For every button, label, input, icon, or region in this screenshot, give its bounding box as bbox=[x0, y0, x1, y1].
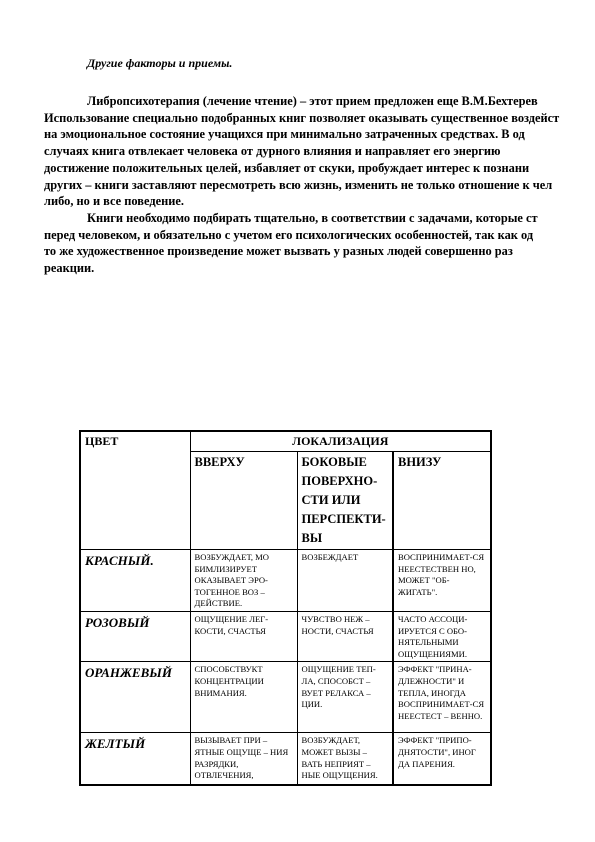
color-localization-table: ЦВЕТ ЛОКАЛИЗАЦИЯ ВВЕРХУ БОКОВЫЕ ПОВЕРХНО… bbox=[79, 430, 492, 786]
color-name: КРАСНЫЙ. bbox=[80, 550, 190, 612]
header-color: ЦВЕТ bbox=[80, 431, 190, 550]
text-line: либо, но и все поведение. bbox=[44, 193, 595, 210]
cell-top: ОЩУЩЕНИЕ ЛЕГ-КОСТИ, СЧАСТЬЯ bbox=[190, 611, 297, 661]
table-row: ЖЕЛТЫЙ ВЫЗЫВАЕТ ПРИ – ЯТНЫЕ ОЩУЩЕ – НИЯ … bbox=[80, 733, 491, 785]
cell-sides: ВОЗБЕЖДАЕТ bbox=[297, 550, 393, 612]
header-localization: ЛОКАЛИЗАЦИЯ bbox=[190, 431, 491, 452]
table-row: КРАСНЫЙ. ВОЗБУЖДАЕТ, МО БИМЛИЗИРУЕТ ОКАЗ… bbox=[80, 550, 491, 612]
paragraph-book-selection: Книги необходимо подбирать тщательно, в … bbox=[44, 210, 595, 277]
table-row: РОЗОВЫЙ ОЩУЩЕНИЕ ЛЕГ-КОСТИ, СЧАСТЬЯ ЧУВС… bbox=[80, 611, 491, 661]
subheader-top: ВВЕРХУ bbox=[190, 452, 297, 550]
color-name: ЖЕЛТЫЙ bbox=[80, 733, 190, 785]
subheader-bottom: ВНИЗУ bbox=[393, 452, 491, 550]
text-line: перед человеком, и обязательно с учетом … bbox=[44, 227, 595, 244]
text-line: случаях книга отвлекает человека от дурн… bbox=[44, 143, 595, 160]
color-name: РОЗОВЫЙ bbox=[80, 611, 190, 661]
paragraph-bibliotherapy: Либропсихотерапия (лечение чтение) – это… bbox=[44, 93, 595, 210]
cell-sides: ЧУВСТВО НЕЖ – НОСТИ, СЧАСТЬЯ bbox=[297, 611, 393, 661]
text-line: достижение положительных целей, избавляе… bbox=[44, 160, 595, 177]
cell-bottom: ЧАСТО АССОЦИ-ИРУЕТСЯ С ОБО-НЯТЕЛЬНЫМИ ОЩ… bbox=[393, 611, 491, 661]
text-line: Книги необходимо подбирать тщательно, в … bbox=[44, 210, 595, 227]
cell-bottom: ЭФФЕКТ "ПРИНА-ДЛЕЖНОСТИ" И ТЕПЛА, ИНОГДА… bbox=[393, 662, 491, 733]
cell-bottom: ЭФФЕКТ "ПРИПО-ДНЯТОСТИ", ИНОГ ДА ПАРЕНИЯ… bbox=[393, 733, 491, 785]
cell-bottom: ВОСПРИНИМАЕТ-СЯ НЕЕСТЕСТВЕН НО, МОЖЕТ "О… bbox=[393, 550, 491, 612]
text-line: реакции. bbox=[44, 260, 595, 277]
table-row: ОРАНЖЕВЫЙ СПОСОБСТВУКТ КОНЦЕНТРАЦИИ ВНИМ… bbox=[80, 662, 491, 733]
text-line: то же художественное произведение может … bbox=[44, 243, 595, 260]
cell-top: СПОСОБСТВУКТ КОНЦЕНТРАЦИИ ВНИМАНИЯ. bbox=[190, 662, 297, 733]
table-header-row: ЦВЕТ ЛОКАЛИЗАЦИЯ bbox=[80, 431, 491, 452]
text-line: Использование специально подобранных кни… bbox=[44, 110, 595, 127]
text-line: других – книги заставляют пересмотреть в… bbox=[44, 177, 595, 194]
cell-top: ВОЗБУЖДАЕТ, МО БИМЛИЗИРУЕТ ОКАЗЫВАЕТ ЭРО… bbox=[190, 550, 297, 612]
cell-top: ВЫЗЫВАЕТ ПРИ – ЯТНЫЕ ОЩУЩЕ – НИЯ РАЗРЯДК… bbox=[190, 733, 297, 785]
cell-sides: ВОЗБУЖДАЕТ, МОЖЕТ ВЫЗЫ – ВАТЬ НЕПРИЯТ – … bbox=[297, 733, 393, 785]
text-line: на эмоциональное состояние учащихся при … bbox=[44, 126, 595, 143]
section-heading: Другие факторы и приемы. bbox=[87, 56, 232, 71]
color-name: ОРАНЖЕВЫЙ bbox=[80, 662, 190, 733]
cell-sides: ОЩУЩЕНИЕ ТЕП-ЛА, СПОСОБСТ – ВУЕТ РЕЛАКСА… bbox=[297, 662, 393, 733]
subheader-sides: БОКОВЫЕ ПОВЕРХНО-СТИ ИЛИ ПЕРСПЕКТИ-ВЫ bbox=[297, 452, 393, 550]
text-line: Либропсихотерапия (лечение чтение) – это… bbox=[44, 93, 595, 110]
